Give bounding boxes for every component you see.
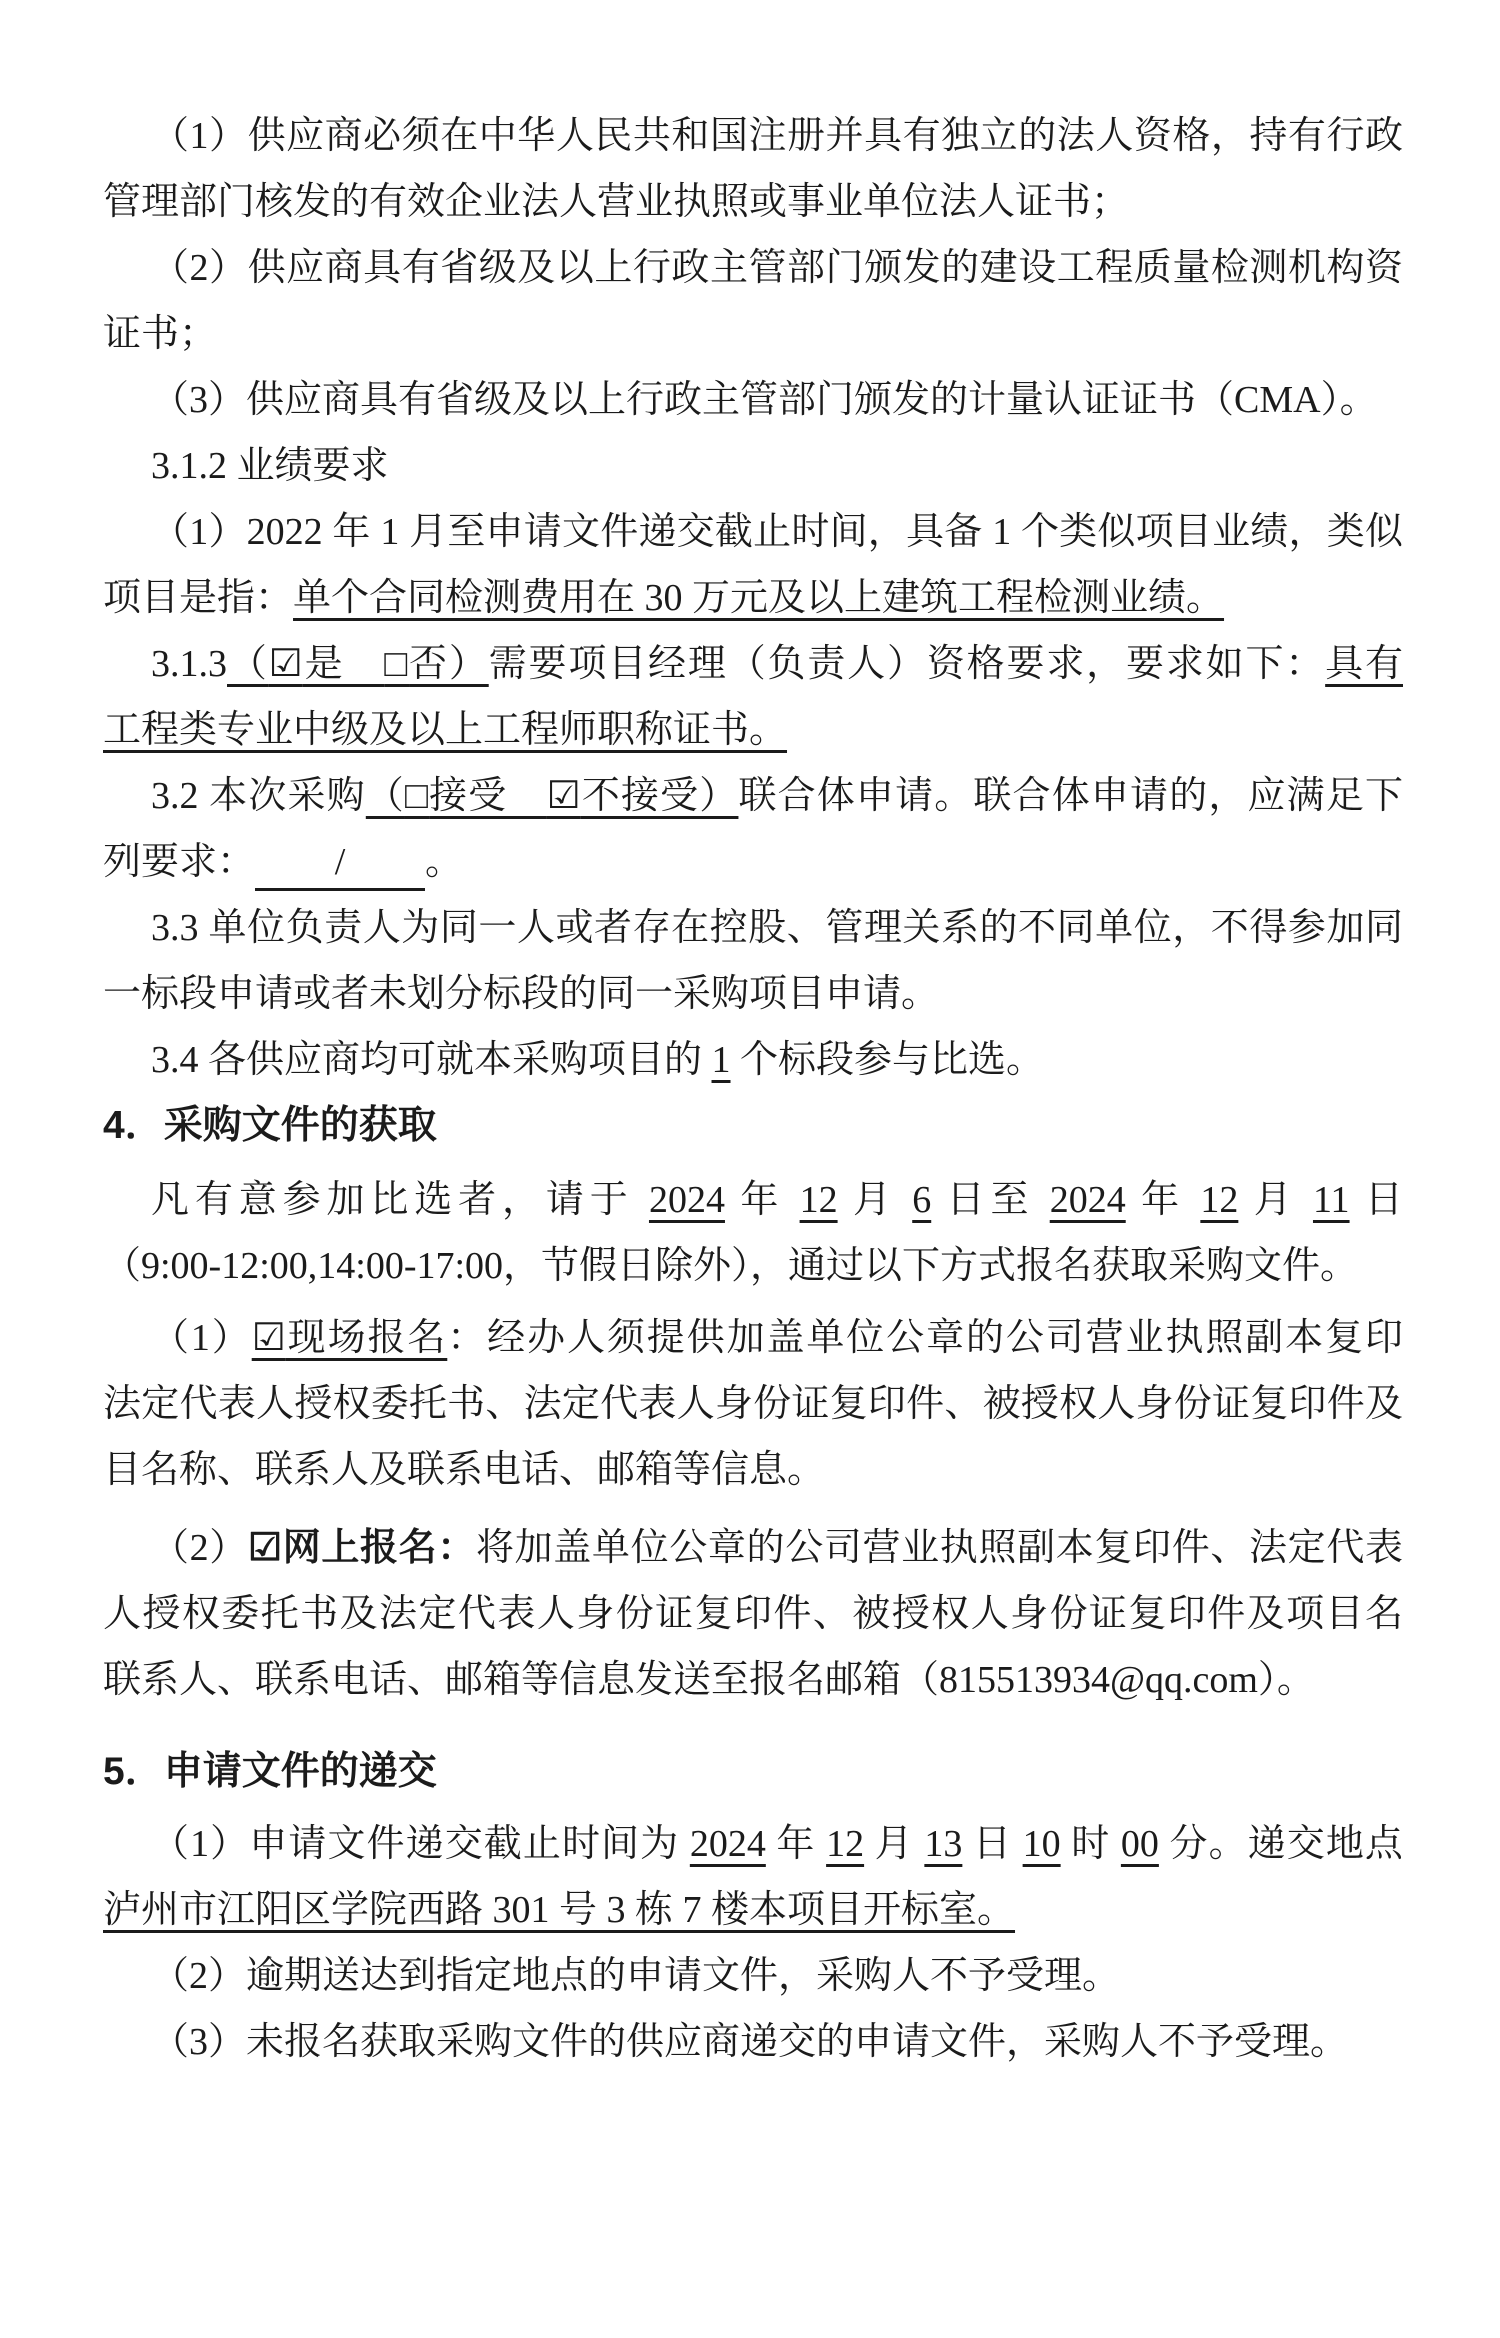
- text-segment: （1）2022 年 1 月至申请文件递交截止时间，具备 1 个类似项目业绩，类似: [151, 511, 1403, 553]
- text-segment: （2）逾期送达到指定地点的申请文件，采购人不予受理。: [151, 1955, 1120, 1997]
- text-segment: 1: [712, 1039, 731, 1081]
- text-segment: （1）: [151, 1317, 252, 1359]
- checkbox-checked-icon: ☑: [547, 775, 581, 817]
- text-line: 列要求：/。: [103, 829, 1403, 895]
- text-segment: 接受: [429, 775, 546, 817]
- text-segment: 日: [962, 1823, 1022, 1865]
- checkbox-checked-icon: ☑: [248, 1527, 282, 1569]
- text-segment: 单个合同检测费用在 30 万元及以上建筑工程检测业绩。: [293, 577, 1224, 619]
- text-segment: 个标段参与比选。: [731, 1039, 1045, 1081]
- text-line: （1）☑现场报名：经办人须提供加盖单位公章的公司营业执照副本复印件、: [103, 1305, 1403, 1371]
- text-segment: 否）: [409, 643, 489, 685]
- text-line: （2）☑网上报名：将加盖单位公章的公司营业执照副本复印件、法定代表: [103, 1515, 1403, 1581]
- text-segment: 年: [1126, 1179, 1201, 1221]
- text-segment: 12: [1200, 1179, 1238, 1221]
- text-segment: 5．申请文件的递交: [103, 1750, 437, 1793]
- text-segment: 日: [1350, 1179, 1403, 1221]
- text-segment: 3.2 本次采购: [151, 775, 366, 817]
- text-segment: 年: [766, 1823, 826, 1865]
- text-line: 人授权委托书及法定代表人身份证复印件、被授权人身份证复印件及项目名称、: [103, 1581, 1403, 1647]
- checkbox-unchecked-icon: □: [384, 643, 409, 685]
- text-segment: 2024: [649, 1179, 725, 1221]
- text-segment: 工程类专业中级及以上工程师职称证书。: [103, 709, 787, 751]
- text-segment: 联系人、联系电话、邮箱等信息发送至报名邮箱（815513934@qq.com）。: [103, 1659, 1315, 1701]
- text-segment: 是: [303, 643, 385, 685]
- text-segment: （1）申请文件递交截止时间为: [151, 1823, 690, 1865]
- text-line: 3.1.3（☑是 □否）需要项目经理（负责人）资格要求，要求如下：具有: [103, 631, 1403, 697]
- text-segment: 管理部门核发的有效企业法人营业执照或事业单位法人证书；: [103, 181, 1129, 223]
- text-segment: 月: [1238, 1179, 1313, 1221]
- text-segment: 13: [924, 1823, 962, 1865]
- text-line: （2）供应商具有省级及以上行政主管部门颁发的建设工程质量检测机构资质: [103, 235, 1403, 301]
- text-segment: （3）未报名获取采购文件的供应商递交的申请文件，采购人不予受理。: [151, 2021, 1348, 2063]
- text-segment: 证书；: [103, 313, 217, 355]
- text-segment: 需要项目经理（负责人）资格要求，要求如下：: [489, 643, 1325, 685]
- text-segment: 一标段申请或者未划分标段的同一采购项目申请。: [103, 973, 939, 1015]
- text-line: 3.4 各供应商均可就本采购项目的 1 个标段参与比选。: [103, 1027, 1403, 1093]
- text-line: 项目是指：单个合同检测费用在 30 万元及以上建筑工程检测业绩。: [103, 565, 1403, 631]
- text-line: 一标段申请或者未划分标段的同一采购项目申请。: [103, 961, 1403, 1027]
- text-segment: 月: [838, 1179, 913, 1221]
- text-segment: 日至: [931, 1179, 1050, 1221]
- text-line: （3）未报名获取采购文件的供应商递交的申请文件，采购人不予受理。: [103, 2009, 1403, 2075]
- text-segment: 3.4 各供应商均可就本采购项目的: [151, 1039, 712, 1081]
- text-segment: 具有: [1325, 643, 1403, 685]
- text-segment: （: [227, 643, 269, 685]
- text-line: 3.2 本次采购（□接受 ☑不接受）联合体申请。联合体申请的，应满足下: [103, 763, 1403, 829]
- text-segment: 6: [912, 1179, 931, 1221]
- text-segment: 11: [1313, 1179, 1350, 1221]
- text-segment: 泸州市江阳区学院西路 301 号 3 栋 7 楼本项目开标室。: [103, 1889, 1015, 1931]
- text-line: 管理部门核发的有效企业法人营业执照或事业单位法人证书；: [103, 169, 1403, 235]
- text-segment: 目名称、联系人及联系电话、邮箱等信息。: [103, 1449, 825, 1491]
- text-line: 证书；: [103, 301, 1403, 367]
- text-line: （9:00-12:00,14:00-17:00，节假日除外），通过以下方式报名获…: [103, 1233, 1403, 1299]
- document-content: （1）供应商必须在中华人民共和国注册并具有独立的法人资格，持有行政管理部门核发的…: [103, 103, 1403, 2075]
- text-segment: 联合体申请。联合体申请的，应满足下: [738, 775, 1403, 817]
- text-segment: （: [366, 775, 405, 817]
- checkbox-unchecked-icon: □: [405, 775, 429, 817]
- text-segment: 3.1.3: [151, 643, 227, 685]
- text-line: 3.1.2 业绩要求: [103, 433, 1403, 499]
- text-line: 工程类专业中级及以上工程师职称证书。: [103, 697, 1403, 763]
- text-segment: 2024: [690, 1823, 766, 1865]
- text-line: （3）供应商具有省级及以上行政主管部门颁发的计量认证证书（CMA）。: [103, 367, 1403, 433]
- heading-section-5: 5．申请文件的递交: [103, 1739, 1403, 1805]
- text-segment: 3.1.2 业绩要求: [151, 445, 389, 487]
- text-segment: 网上报名：: [282, 1527, 476, 1569]
- text-line: （2）逾期送达到指定地点的申请文件，采购人不予受理。: [103, 1943, 1403, 2009]
- text-segment: 将加盖单位公章的公司营业执照副本复印件、法定代表: [476, 1527, 1403, 1569]
- text-line: 法定代表人授权委托书、法定代表人身份证复印件、被授权人身份证复印件及项: [103, 1371, 1403, 1437]
- checkbox-checked-icon: ☑: [269, 643, 303, 685]
- text-segment: 10: [1023, 1823, 1061, 1865]
- text-segment: 不接受）: [581, 775, 739, 817]
- text-line: （1）供应商必须在中华人民共和国注册并具有独立的法人资格，持有行政: [103, 103, 1403, 169]
- heading-section-4: 4．采购文件的获取: [103, 1093, 1403, 1159]
- text-segment: 12: [826, 1823, 864, 1865]
- text-segment: 3.3 单位负责人为同一人或者存在控股、管理关系的不同单位，不得参加同: [151, 907, 1403, 949]
- text-segment: 现场报名: [286, 1317, 448, 1359]
- text-segment: 2024: [1050, 1179, 1126, 1221]
- text-line: 凡有意参加比选者，请于 2024 年 12 月 6 日至 2024 年 12 月…: [103, 1167, 1403, 1233]
- text-segment: 12: [800, 1179, 838, 1221]
- text-segment: 法定代表人授权委托书、法定代表人身份证复印件、被授权人身份证复印件及项: [103, 1383, 1403, 1437]
- text-segment: （1）供应商必须在中华人民共和国注册并具有独立的法人资格，持有行政: [151, 115, 1403, 157]
- text-segment: 人授权委托书及法定代表人身份证复印件、被授权人身份证复印件及项目名称、: [103, 1593, 1403, 1647]
- text-segment: （9:00-12:00,14:00-17:00，节假日除外），通过以下方式报名获…: [103, 1245, 1358, 1287]
- text-line: （1）申请文件递交截止时间为 2024 年 12 月 13 日 10 时 00 …: [103, 1811, 1403, 1877]
- text-segment: （2）: [151, 1527, 248, 1569]
- text-segment: （3）供应商具有省级及以上行政主管部门颁发的计量认证证书（CMA）。: [151, 379, 1378, 421]
- text-line: 目名称、联系人及联系电话、邮箱等信息。: [103, 1437, 1403, 1503]
- text-line: 3.3 单位负责人为同一人或者存在控股、管理关系的不同单位，不得参加同: [103, 895, 1403, 961]
- text-segment: 时: [1061, 1823, 1121, 1865]
- text-segment: 年: [725, 1179, 800, 1221]
- text-segment: 4．采购文件的获取: [103, 1104, 437, 1147]
- text-line: 联系人、联系电话、邮箱等信息发送至报名邮箱（815513934@qq.com）。: [103, 1647, 1403, 1713]
- text-segment: 。: [425, 841, 463, 883]
- text-segment: 项目是指：: [103, 577, 293, 619]
- document-page: （1）供应商必须在中华人民共和国注册并具有独立的法人资格，持有行政管理部门核发的…: [0, 0, 1500, 2338]
- text-segment: 凡有意参加比选者，请于: [151, 1179, 649, 1221]
- text-segment: 00: [1121, 1823, 1159, 1865]
- text-segment: 月: [864, 1823, 924, 1865]
- text-line: 泸州市江阳区学院西路 301 号 3 栋 7 楼本项目开标室。: [103, 1877, 1403, 1943]
- text-line: （1）2022 年 1 月至申请文件递交截止时间，具备 1 个类似项目业绩，类似: [103, 499, 1403, 565]
- blank-fill-field: /: [255, 836, 425, 891]
- checkbox-checked-icon: ☑: [252, 1317, 286, 1359]
- text-segment: 列要求：: [103, 841, 255, 883]
- text-segment: （2）供应商具有省级及以上行政主管部门颁发的建设工程质量检测机构资质: [103, 247, 1403, 301]
